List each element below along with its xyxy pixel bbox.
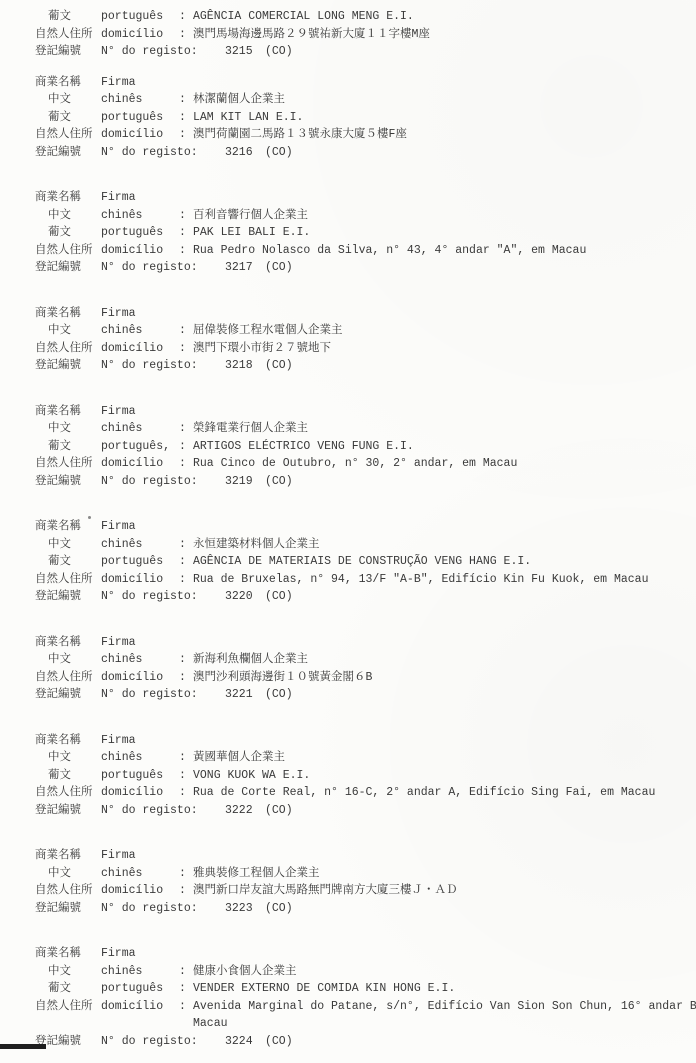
field-label-zh: 登記編號 xyxy=(35,473,101,491)
field-label-pt: N° do registo: xyxy=(101,357,211,375)
field-label-pt: chinês xyxy=(101,322,179,340)
firm-label-zh: 商業名稱 xyxy=(35,732,101,750)
firm-label-pt: Firma xyxy=(101,189,179,207)
field-colon: : xyxy=(179,669,193,687)
reg-number: 3215 xyxy=(211,43,265,61)
registration-row: 登記編號 N° do registo: 3217 (CO) xyxy=(35,259,690,277)
field-colon: : xyxy=(179,651,193,669)
field-label-pt: N° do registo: xyxy=(101,1033,211,1051)
portuguese-name-value: LAM KIT LAN E.I. xyxy=(193,109,690,127)
field-label-pt: domicílio xyxy=(101,455,179,473)
firm-label-zh: 商業名稱 xyxy=(35,74,101,92)
record-block: 商業名稱 Firma 中文 chinês : 永恒建築材料個人企業主 葡文 po… xyxy=(35,518,690,606)
portuguese-name-row: 葡文 português : LAM KIT LAN E.I. xyxy=(35,109,690,127)
address-row: 自然人住所 domicílio : 澳門荷蘭園二馬路１３號永康大廈５樓F座 xyxy=(35,126,690,144)
chinese-name-value: 屈偉裝修工程水電個人企業主 xyxy=(193,322,690,340)
registration-row: 登記編號 N° do registo: 3219 (CO) xyxy=(35,473,690,491)
address-row: 自然人住所 domicílio : Rua Pedro Nolasco da S… xyxy=(35,242,690,260)
field-label-zh: 中文 xyxy=(35,322,101,340)
portuguese-name-value: VONG KUOK WA E.I. xyxy=(193,767,690,785)
record-block: 商業名稱 Firma 中文 chinês : 新海利魚欄個人企業主 自然人住所 … xyxy=(35,634,690,704)
firm-label-zh: 商業名稱 xyxy=(35,403,101,421)
field-label-pt: português xyxy=(101,553,179,571)
reg-number: 3220 xyxy=(211,588,265,606)
field-colon: : xyxy=(179,242,193,260)
field-colon: : xyxy=(179,767,193,785)
field-label-zh: 中文 xyxy=(35,91,101,109)
field-label-zh: 自然人住所 xyxy=(35,26,101,44)
field-label-pt: chinês xyxy=(101,207,179,225)
scan-bar-artifact xyxy=(0,1044,46,1049)
portuguese-name-row: 葡文 português, : ARTIGOS ELÉCTRICO VENG F… xyxy=(35,438,690,456)
field-label-pt: N° do registo: xyxy=(101,588,211,606)
field-label-pt: N° do registo: xyxy=(101,802,211,820)
record-block: 商業名稱 Firma 中文 chinês : 屈偉裝修工程水電個人企業主 自然人… xyxy=(35,305,690,375)
record-block: 葡文 português : AGÊNCIA COMERCIAL LONG ME… xyxy=(35,8,690,61)
reg-number: 3219 xyxy=(211,473,265,491)
chinese-name-value: 林潔蘭個人企業主 xyxy=(193,91,690,109)
portuguese-name-row: 葡文 português : VENDER EXTERNO DE COMIDA … xyxy=(35,980,690,998)
address-row: 自然人住所 domicílio : Rua Cinco de Outubro, … xyxy=(35,455,690,473)
firm-header-row: 商業名稱 Firma xyxy=(35,732,690,750)
chinese-name-row: 中文 chinês : 百利音響行個人企業主 xyxy=(35,207,690,225)
reg-suffix: (CO) xyxy=(265,900,293,918)
field-label-zh: 自然人住所 xyxy=(35,669,101,687)
firm-label-zh: 商業名稱 xyxy=(35,189,101,207)
address-value: 澳門沙利頭海邊街１０號黃金閣６B xyxy=(193,669,690,687)
reg-suffix: (CO) xyxy=(265,357,293,375)
field-label-zh: 葡文 xyxy=(35,980,101,998)
field-label-pt: chinês xyxy=(101,865,179,883)
firm-label-zh: 商業名稱 xyxy=(35,847,101,865)
field-label-pt: N° do registo: xyxy=(101,473,211,491)
field-colon: : xyxy=(179,207,193,225)
registration-row: 登記編號 N° do registo: 3222 (CO) xyxy=(35,802,690,820)
address-value: 澳門新口岸友誼大馬路無門牌南方大廈三樓Ｊ・ＡＤ xyxy=(193,882,690,900)
field-label-zh: 登記編號 xyxy=(35,802,101,820)
field-label-pt: português xyxy=(101,767,179,785)
reg-number: 3218 xyxy=(211,357,265,375)
field-label-zh: 中文 xyxy=(35,865,101,883)
firm-label-zh: 商業名稱 xyxy=(35,945,101,963)
field-colon: : xyxy=(179,865,193,883)
field-label-zh: 葡文 xyxy=(35,767,101,785)
field-colon: : xyxy=(179,438,193,456)
firm-label-zh: 商業名稱 xyxy=(35,518,101,536)
field-label-zh: 中文 xyxy=(35,651,101,669)
firm-header-row: 商業名稱 Firma xyxy=(35,634,690,652)
address-row: 自然人住所 domicílio : 澳門沙利頭海邊街１０號黃金閣６B xyxy=(35,669,690,687)
firm-header-row: 商業名稱 Firma xyxy=(35,847,690,865)
field-label-pt: domicílio xyxy=(101,998,179,1016)
field-label-pt: domicílio xyxy=(101,26,179,44)
registration-row: 登記編號 N° do registo: 3223 (CO) xyxy=(35,900,690,918)
record-block: 商業名稱 Firma 中文 chinês : 雅典裝修工程個人企業主 自然人住所… xyxy=(35,847,690,917)
field-label-pt: N° do registo: xyxy=(101,900,211,918)
registry-document-page: 葡文 português : AGÊNCIA COMERCIAL LONG ME… xyxy=(0,0,696,1063)
field-label-zh: 中文 xyxy=(35,536,101,554)
field-label-pt: domicílio xyxy=(101,784,179,802)
field-label-zh: 自然人住所 xyxy=(35,882,101,900)
field-label-zh: 中文 xyxy=(35,420,101,438)
firm-header-row: 商業名稱 Firma xyxy=(35,74,690,92)
field-label-pt: N° do registo: xyxy=(101,144,211,162)
field-label-pt: chinês xyxy=(101,749,179,767)
field-label-pt: domicílio xyxy=(101,242,179,260)
field-label-zh: 葡文 xyxy=(35,438,101,456)
field-colon: : xyxy=(179,882,193,900)
field-label-zh: 中文 xyxy=(35,207,101,225)
field-label-pt: português xyxy=(101,8,179,26)
field-label-pt: domicílio xyxy=(101,669,179,687)
chinese-name-value: 榮鋒電業行個人企業主 xyxy=(193,420,690,438)
portuguese-name-row: 葡文 português : AGÊNCIA COMERCIAL LONG ME… xyxy=(35,8,690,26)
reg-number: 3223 xyxy=(211,900,265,918)
chinese-name-value: 黃國華個人企業主 xyxy=(193,749,690,767)
firm-label-pt: Firma xyxy=(101,634,179,652)
address-value: 澳門馬場海邊馬路２９號祐新大廈１１字樓M座 xyxy=(193,26,690,44)
chinese-name-value: 新海利魚欄個人企業主 xyxy=(193,651,690,669)
registration-row: 登記編號 N° do registo: 3220 (CO) xyxy=(35,588,690,606)
field-label-zh: 自然人住所 xyxy=(35,455,101,473)
field-label-zh: 自然人住所 xyxy=(35,242,101,260)
firm-header-row: 商業名稱 Firma xyxy=(35,518,690,536)
field-label-pt: N° do registo: xyxy=(101,43,211,61)
reg-suffix: (CO) xyxy=(265,43,293,61)
field-colon: : xyxy=(179,784,193,802)
record-block: 商業名稱 Firma 中文 chinês : 百利音響行個人企業主 葡文 por… xyxy=(35,189,690,277)
address-value: Rua Cinco de Outubro, n° 30, 2° andar, e… xyxy=(193,455,690,473)
address-continuation-row: Macau xyxy=(35,1015,690,1033)
firm-header-row: 商業名稱 Firma xyxy=(35,189,690,207)
field-label-zh: 登記編號 xyxy=(35,686,101,704)
reg-suffix: (CO) xyxy=(265,686,293,704)
field-colon: : xyxy=(179,340,193,358)
firm-label-pt: Firma xyxy=(101,732,179,750)
reg-number: 3222 xyxy=(211,802,265,820)
field-colon: : xyxy=(179,420,193,438)
chinese-name-row: 中文 chinês : 健康小食個人企業主 xyxy=(35,963,690,981)
address-value: Avenida Marginal do Patane, s/n°, Edifíc… xyxy=(193,998,696,1016)
scan-speck-artifact xyxy=(88,516,91,519)
field-label-zh: 登記編號 xyxy=(35,588,101,606)
chinese-name-row: 中文 chinês : 永恒建築材料個人企業主 xyxy=(35,536,690,554)
field-label-pt: português xyxy=(101,224,179,242)
field-label-zh: 中文 xyxy=(35,749,101,767)
field-label-zh: 登記編號 xyxy=(35,900,101,918)
portuguese-name-value: AGÊNCIA COMERCIAL LONG MENG E.I. xyxy=(193,8,690,26)
field-colon: : xyxy=(179,8,193,26)
registration-row: 登記編號 N° do registo: 3215 (CO) xyxy=(35,43,690,61)
portuguese-name-value: ARTIGOS ELÉCTRICO VENG FUNG E.I. xyxy=(193,438,690,456)
field-label-zh: 葡文 xyxy=(35,553,101,571)
field-colon: : xyxy=(179,26,193,44)
reg-suffix: (CO) xyxy=(265,473,293,491)
field-colon: : xyxy=(179,998,193,1016)
chinese-name-value: 百利音響行個人企業主 xyxy=(193,207,690,225)
field-label-zh: 自然人住所 xyxy=(35,571,101,589)
address-row: 自然人住所 domicílio : Rua de Bruxelas, n° 94… xyxy=(35,571,690,589)
field-label-zh: 葡文 xyxy=(35,109,101,127)
registration-row: 登記編號 N° do registo: 3221 (CO) xyxy=(35,686,690,704)
field-colon: : xyxy=(179,224,193,242)
portuguese-name-row: 葡文 português : PAK LEI BALI E.I. xyxy=(35,224,690,242)
field-label-pt: domicílio xyxy=(101,126,179,144)
field-label-pt: chinês xyxy=(101,91,179,109)
firm-header-row: 商業名稱 Firma xyxy=(35,305,690,323)
firm-header-row: 商業名稱 Firma xyxy=(35,403,690,421)
portuguese-name-value: PAK LEI BALI E.I. xyxy=(193,224,690,242)
firm-label-pt: Firma xyxy=(101,518,179,536)
field-colon: : xyxy=(179,963,193,981)
field-label-zh: 登記編號 xyxy=(35,43,101,61)
address-value: 澳門荷蘭園二馬路１３號永康大廈５樓F座 xyxy=(193,126,690,144)
record-block: 商業名稱 Firma 中文 chinês : 林潔蘭個人企業主 葡文 portu… xyxy=(35,74,690,162)
reg-number: 3216 xyxy=(211,144,265,162)
address-row: 自然人住所 domicílio : 澳門下環小市街２７號地下 xyxy=(35,340,690,358)
reg-number: 3221 xyxy=(211,686,265,704)
portuguese-name-value: VENDER EXTERNO DE COMIDA KIN HONG E.I. xyxy=(193,980,690,998)
firm-label-pt: Firma xyxy=(101,74,179,92)
field-colon: : xyxy=(179,322,193,340)
chinese-name-value: 健康小食個人企業主 xyxy=(193,963,690,981)
portuguese-name-value: AGÊNCIA DE MATERIAIS DE CONSTRUÇÃO VENG … xyxy=(193,553,690,571)
chinese-name-row: 中文 chinês : 屈偉裝修工程水電個人企業主 xyxy=(35,322,690,340)
field-label-pt: português xyxy=(101,980,179,998)
field-label-zh: 登記編號 xyxy=(35,357,101,375)
address-row: 自然人住所 domicílio : Rua de Corte Real, n° … xyxy=(35,784,690,802)
field-label-zh: 葡文 xyxy=(35,224,101,242)
field-colon: : xyxy=(179,109,193,127)
field-colon: : xyxy=(179,536,193,554)
reg-number: 3217 xyxy=(211,259,265,277)
field-label-pt: domicílio xyxy=(101,340,179,358)
field-label-zh: 自然人住所 xyxy=(35,998,101,1016)
address-value: Rua Pedro Nolasco da Silva, n° 43, 4° an… xyxy=(193,242,690,260)
chinese-name-value: 雅典裝修工程個人企業主 xyxy=(193,865,690,883)
registration-row: 登記編號 N° do registo: 3216 (CO) xyxy=(35,144,690,162)
field-colon: : xyxy=(179,91,193,109)
reg-number: 3224 xyxy=(211,1033,265,1051)
firm-label-pt: Firma xyxy=(101,403,179,421)
field-label-pt: N° do registo: xyxy=(101,259,211,277)
reg-suffix: (CO) xyxy=(265,802,293,820)
firm-label-pt: Firma xyxy=(101,847,179,865)
address-value: Rua de Corte Real, n° 16-C, 2° andar A, … xyxy=(193,784,690,802)
reg-suffix: (CO) xyxy=(265,144,293,162)
field-colon: : xyxy=(179,126,193,144)
firm-label-pt: Firma xyxy=(101,945,179,963)
field-label-zh: 中文 xyxy=(35,963,101,981)
field-label-pt: chinês xyxy=(101,420,179,438)
field-colon: : xyxy=(179,571,193,589)
reg-suffix: (CO) xyxy=(265,259,293,277)
field-label-pt: chinês xyxy=(101,963,179,981)
field-label-zh: 自然人住所 xyxy=(35,126,101,144)
firm-header-row: 商業名稱 Firma xyxy=(35,945,690,963)
record-block: 商業名稱 Firma 中文 chinês : 黃國華個人企業主 葡文 portu… xyxy=(35,732,690,820)
firm-label-pt: Firma xyxy=(101,305,179,323)
field-label-pt: domicílio xyxy=(101,571,179,589)
field-label-zh: 自然人住所 xyxy=(35,340,101,358)
reg-suffix: (CO) xyxy=(265,588,293,606)
reg-suffix: (CO) xyxy=(265,1033,293,1051)
chinese-name-value: 永恒建築材料個人企業主 xyxy=(193,536,690,554)
portuguese-name-row: 葡文 português : VONG KUOK WA E.I. xyxy=(35,767,690,785)
address-row: 自然人住所 domicílio : 澳門新口岸友誼大馬路無門牌南方大廈三樓Ｊ・Ａ… xyxy=(35,882,690,900)
portuguese-name-row: 葡文 português : AGÊNCIA DE MATERIAIS DE C… xyxy=(35,553,690,571)
field-label-zh: 登記編號 xyxy=(35,259,101,277)
field-label-pt: português xyxy=(101,109,179,127)
address-row: 自然人住所 domicílio : Avenida Marginal do Pa… xyxy=(35,998,690,1016)
chinese-name-row: 中文 chinês : 新海利魚欄個人企業主 xyxy=(35,651,690,669)
chinese-name-row: 中文 chinês : 黃國華個人企業主 xyxy=(35,749,690,767)
field-label-pt: português, xyxy=(101,438,179,456)
registration-row: 登記編號 N° do registo: 3224 (CO) xyxy=(35,1033,690,1051)
field-label-zh: 自然人住所 xyxy=(35,784,101,802)
chinese-name-row: 中文 chinês : 雅典裝修工程個人企業主 xyxy=(35,865,690,883)
field-label-zh: 葡文 xyxy=(35,8,101,26)
field-label-pt: chinês xyxy=(101,536,179,554)
firm-label-zh: 商業名稱 xyxy=(35,305,101,323)
chinese-name-row: 中文 chinês : 榮鋒電業行個人企業主 xyxy=(35,420,690,438)
field-colon: : xyxy=(179,980,193,998)
field-colon: : xyxy=(179,749,193,767)
field-colon: : xyxy=(179,553,193,571)
address-value: 澳門下環小市街２７號地下 xyxy=(193,340,690,358)
field-label-pt: N° do registo: xyxy=(101,686,211,704)
record-block: 商業名稱 Firma 中文 chinês : 健康小食個人企業主 葡文 port… xyxy=(35,945,690,1050)
address-row: 自然人住所 domicílio : 澳門馬場海邊馬路２９號祐新大廈１１字樓M座 xyxy=(35,26,690,44)
chinese-name-row: 中文 chinês : 林潔蘭個人企業主 xyxy=(35,91,690,109)
registration-row: 登記編號 N° do registo: 3218 (CO) xyxy=(35,357,690,375)
field-colon: : xyxy=(179,455,193,473)
field-label-zh: 登記編號 xyxy=(35,144,101,162)
address-value: Rua de Bruxelas, n° 94, 13/F "A-B", Edif… xyxy=(193,571,690,589)
field-label-pt: domicílio xyxy=(101,882,179,900)
field-label-pt: chinês xyxy=(101,651,179,669)
address-value-line2: Macau xyxy=(193,1015,690,1033)
firm-label-zh: 商業名稱 xyxy=(35,634,101,652)
record-block: 商業名稱 Firma 中文 chinês : 榮鋒電業行個人企業主 葡文 por… xyxy=(35,403,690,491)
